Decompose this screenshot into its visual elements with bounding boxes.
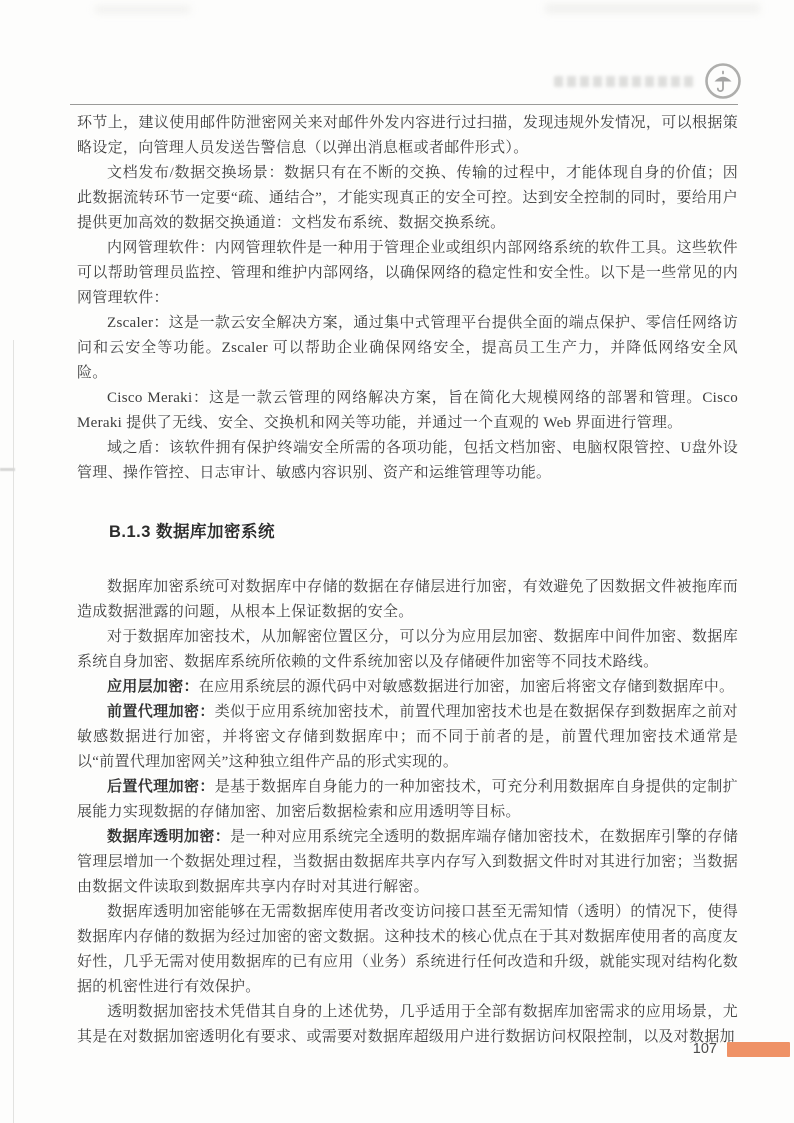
paragraph-lead: 内网管理软件： <box>107 240 215 256</box>
scan-smudge <box>545 4 760 13</box>
paragraph: 透明数据加密技术凭借其自身的上述优势，几乎适用于全部有数据库加密需求的应用场景，… <box>77 1000 738 1050</box>
running-title-blurred <box>554 76 694 87</box>
paragraph: 应用层加密：在应用系统层的源代码中对敏感数据进行加密，加密后将密文存储到数据库中… <box>77 675 738 700</box>
paragraph-lead: 文档发布/数据交换场景： <box>107 165 284 181</box>
paragraph-text: 对于数据库加密技术，从加解密位置区分，可以分为应用层加密、数据库中间件加密、数据… <box>77 629 738 670</box>
page-header <box>0 60 794 104</box>
paragraph-text: 数据库透明加密能够在无需数据库使用者改变访问接口甚至无需知情（透明）的情况下，使… <box>77 904 738 995</box>
page-body: 环节上，建议使用邮件防泄密网关来对邮件外发内容进行过扫描，发现违规外发情况，可以… <box>77 111 738 1050</box>
paragraph: 后置代理加密：是基于数据库自身能力的一种加密技术，可充分利用数据库自身提供的定制… <box>77 775 738 825</box>
page-footer: 107 <box>693 1040 790 1058</box>
paragraph-text: 在应用系统层的源代码中对敏感数据进行加密，加密后将密文存储到数据库中。 <box>199 679 735 695</box>
paragraph: 文档发布/数据交换场景：数据只有在不断的交换、传输的过程中，才能体现自身的价值；… <box>77 161 738 236</box>
paragraph: Zscaler：这是一款云安全解决方案，通过集中式管理平台提供全面的端点保护、零… <box>77 311 738 386</box>
paragraph-text: 数据库加密系统可对数据库中存储的数据在存储层进行加密，有效避免了因数据文件被拖库… <box>77 579 738 620</box>
paragraph: 对于数据库加密技术，从加解密位置区分，可以分为应用层加密、数据库中间件加密、数据… <box>77 625 738 675</box>
document-page: 环节上，建议使用邮件防泄密网关来对邮件外发内容进行过扫描，发现违规外发情况，可以… <box>0 0 794 1123</box>
footer-accent-bar <box>727 1042 790 1057</box>
paragraph-lead: 前置代理加密： <box>107 704 215 720</box>
paragraph-lead: 应用层加密： <box>107 679 199 695</box>
paragraph-lead: 数据库透明加密： <box>107 829 230 845</box>
umbrella-logo-icon <box>702 60 744 102</box>
paragraph: Cisco Meraki：这是一款云管理的网络解决方案，旨在简化大规模网络的部署… <box>77 386 738 436</box>
paragraph-text: 该软件拥有保护终端安全所需的各项功能，包括文档加密、电脑权限管控、U盘外设管理、… <box>77 440 738 481</box>
paragraph: 域之盾：该软件拥有保护终端安全所需的各项功能，包括文档加密、电脑权限管控、U盘外… <box>77 436 738 486</box>
paragraph-text: 透明数据加密技术凭借其自身的上述优势，几乎适用于全部有数据库加密需求的应用场景，… <box>77 1004 738 1045</box>
page-number: 107 <box>693 1041 717 1057</box>
paragraph: 环节上，建议使用邮件防泄密网关来对邮件外发内容进行过扫描，发现违规外发情况，可以… <box>77 111 738 161</box>
paragraph-text: 环节上，建议使用邮件防泄密网关来对邮件外发内容进行过扫描，发现违规外发情况，可以… <box>77 115 738 156</box>
paragraph-lead: 域之盾： <box>107 440 169 456</box>
paragraph: 数据库透明加密：是一种对应用系统完全透明的数据库端存储加密技术，在数据库引擎的存… <box>77 825 738 900</box>
paragraph: 数据库透明加密能够在无需数据库使用者改变访问接口甚至无需知情（透明）的情况下，使… <box>77 900 738 1000</box>
paragraph-lead: Zscaler： <box>107 315 169 331</box>
page-edge-line <box>13 340 14 1123</box>
paragraph-lead: 后置代理加密： <box>107 779 215 795</box>
header-divider <box>70 104 738 105</box>
paragraph: 内网管理软件：内网管理软件是一种用于管理企业或组织内部网络系统的软件工具。这些软… <box>77 236 738 311</box>
section-heading: B.1.3 数据库加密系统 <box>109 520 738 545</box>
paragraph-lead: Cisco Meraki： <box>107 390 209 406</box>
paragraph: 数据库加密系统可对数据库中存储的数据在存储层进行加密，有效避免了因数据文件被拖库… <box>77 575 738 625</box>
paragraph: 前置代理加密：类似于应用系统加密技术，前置代理加密技术也是在数据保存到数据库之前… <box>77 700 738 775</box>
page-edge-mark <box>0 468 15 471</box>
paragraph-text: 这是一款云安全解决方案，通过集中式管理平台提供全面的端点保护、零信任网络访问和云… <box>77 315 738 381</box>
scan-smudge <box>95 6 190 13</box>
